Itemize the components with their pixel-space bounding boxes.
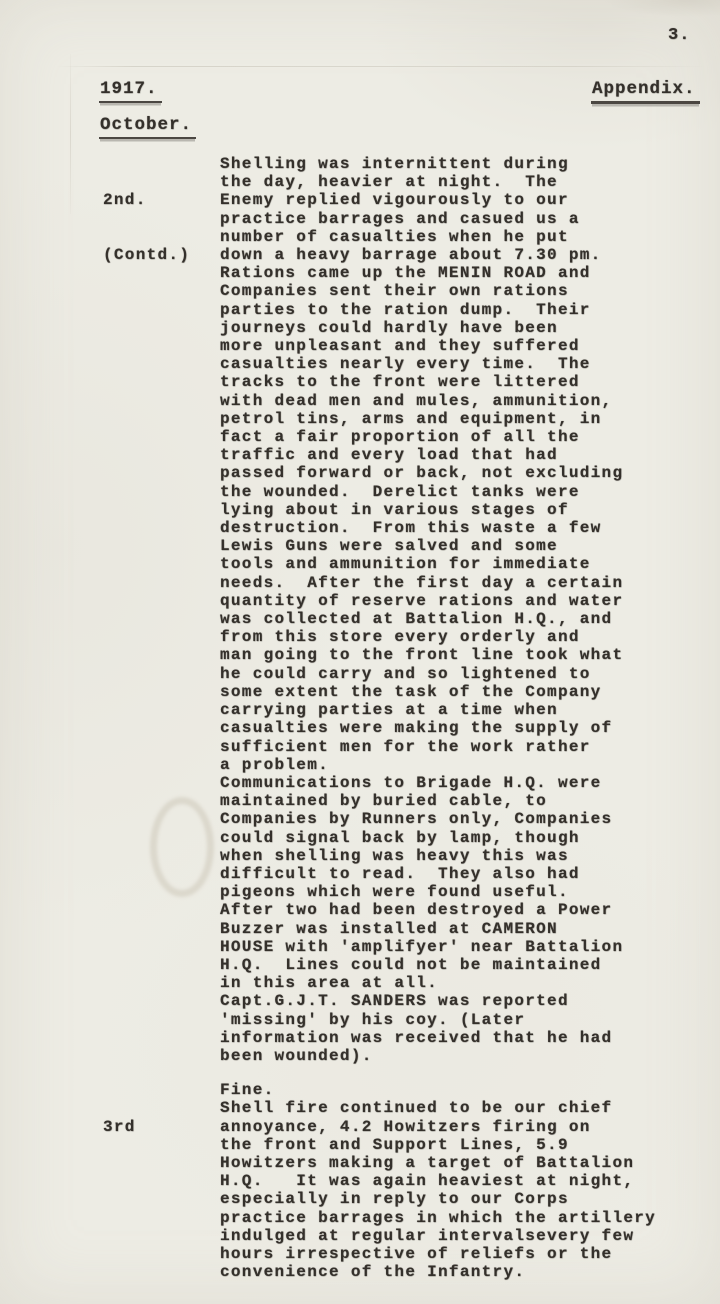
typed-line: Communications to Brigade H.Q. were: [220, 774, 720, 792]
typed-line: a problem.: [220, 756, 720, 774]
typed-line: annoyance, 4.2 Howitzers firing on: [220, 1118, 720, 1136]
typed-line: been wounded).: [220, 1047, 720, 1065]
typed-line: hours irrespective of reliefs or the: [220, 1245, 720, 1263]
typed-line: sufficient men for the work rather: [220, 738, 720, 756]
typed-line: more unpleasant and they suffered: [220, 337, 720, 355]
scanned-war-diary-page: 3. 1917. Appendix. October. 2nd. (Contd.…: [0, 0, 720, 1304]
diary-entry: 2nd. (Contd.) Shelling was internittent …: [0, 155, 720, 1065]
typed-line: H.Q. It was again heaviest at night,: [220, 1172, 720, 1190]
entry-date-label: 3rd: [103, 1081, 190, 1208]
typed-line: especially in reply to our Corps: [220, 1190, 720, 1208]
typed-line: Rations came up the MENIN ROAD and: [220, 264, 720, 282]
typed-line: Howitzers making a target of Battalion: [220, 1154, 720, 1172]
typed-line: Companies sent their own rations: [220, 282, 720, 300]
typed-line: pigeons which were found useful.: [220, 883, 720, 901]
typed-line: quantity of reserve rations and water: [220, 592, 720, 610]
typed-line: convenience of the Infantry.: [220, 1263, 720, 1281]
typed-line: lying about in various stages of: [220, 501, 720, 519]
typed-line: carrying parties at a time when: [220, 701, 720, 719]
entry-date-label: 2nd. (Contd.): [103, 155, 190, 301]
typed-line: HOUSE with 'amplifyer' near Battalion: [220, 938, 720, 956]
typed-line: was collected at Battalion H.Q., and: [220, 610, 720, 628]
typed-line: difficult to read. They also had: [220, 865, 720, 883]
typed-line: destruction. From this waste a few: [220, 519, 720, 537]
typed-line: tracks to the front were littered: [220, 373, 720, 391]
typed-line: the day, heavier at night. The: [220, 173, 720, 191]
typed-line: passed forward or back, not excluding: [220, 464, 720, 482]
typed-line: casualties were making the supply of: [220, 719, 720, 737]
entry-date-continued: (Contd.): [103, 246, 190, 264]
typed-line: Companies by Runners only, Companies: [220, 810, 720, 828]
typed-line: 'missing' by his coy. (Later: [220, 1011, 720, 1029]
typed-line: Enemy replied vigourously to our: [220, 191, 720, 209]
month-heading: October.: [99, 115, 196, 139]
entry-date: 2nd.: [103, 191, 190, 209]
typed-line: Capt.G.J.T. SANDERS was reported: [220, 992, 720, 1010]
typed-line: journeys could hardly have been: [220, 319, 720, 337]
year-heading: 1917.: [99, 79, 162, 103]
typed-line: the wounded. Derelict tanks were: [220, 483, 720, 501]
typed-line: with dead men and mules, ammunition,: [220, 392, 720, 410]
typed-line: Buzzer was installed at CAMERON: [220, 920, 720, 938]
typed-line: could signal back by lamp, though: [220, 829, 720, 847]
typed-line: maintained by buried cable, to: [220, 792, 720, 810]
typed-line: he could carry and so lightened to: [220, 665, 720, 683]
typed-line: parties to the ration dump. Their: [220, 301, 720, 319]
typed-line: from this store every orderly and: [220, 628, 720, 646]
typed-line: Shell fire continued to be our chief: [220, 1099, 720, 1117]
typed-line: tools and ammunition for immediate: [220, 555, 720, 573]
typed-line: in this area at all.: [220, 974, 720, 992]
typed-line: fact a fair proportion of all the: [220, 428, 720, 446]
typed-line: practice barrages and casued us a: [220, 210, 720, 228]
typed-line: petrol tins, arms and equipment, in: [220, 410, 720, 428]
entry-date: 3rd: [103, 1118, 190, 1136]
page-number: 3.: [668, 26, 690, 45]
typed-line: Fine.: [220, 1081, 720, 1099]
appendix-heading: Appendix.: [591, 79, 700, 104]
typed-line: needs. After the first day a certain: [220, 574, 720, 592]
typed-line: Lewis Guns were salved and some: [220, 537, 720, 555]
typed-line: Shelling was internittent during: [220, 155, 720, 173]
typed-line: number of casualties when he put: [220, 228, 720, 246]
entry-body: Shelling was internittent duringthe day,…: [220, 155, 720, 1065]
entry-body: Fine.Shell fire continued to be our chie…: [220, 1081, 720, 1281]
typed-line: casualties nearly every time. The: [220, 355, 720, 373]
typed-line: some extent the task of the Company: [220, 683, 720, 701]
typed-line: information was received that he had: [220, 1029, 720, 1047]
typed-line: down a heavy barrage about 7.30 pm.: [220, 246, 720, 264]
typed-line: practice barrages in which the artillery: [220, 1209, 720, 1227]
typed-line: After two had been destroyed a Power: [220, 901, 720, 919]
scan-artifact-line-horizontal: [56, 66, 706, 67]
typed-line: indulged at regular intervalsevery few: [220, 1227, 720, 1245]
typed-line: H.Q. Lines could not be maintained: [220, 956, 720, 974]
typed-line: when shelling was heavy this was: [220, 847, 720, 865]
diary-entry: 3rd Fine.Shell fire continued to be our …: [0, 1081, 720, 1281]
scan-smudge: [560, 0, 720, 40]
typed-line: the front and Support Lines, 5.9: [220, 1136, 720, 1154]
typed-line: traffic and every load that had: [220, 446, 720, 464]
diary-entries: 2nd. (Contd.) Shelling was internittent …: [0, 155, 720, 1281]
typed-line: man going to the front line took what: [220, 646, 720, 664]
